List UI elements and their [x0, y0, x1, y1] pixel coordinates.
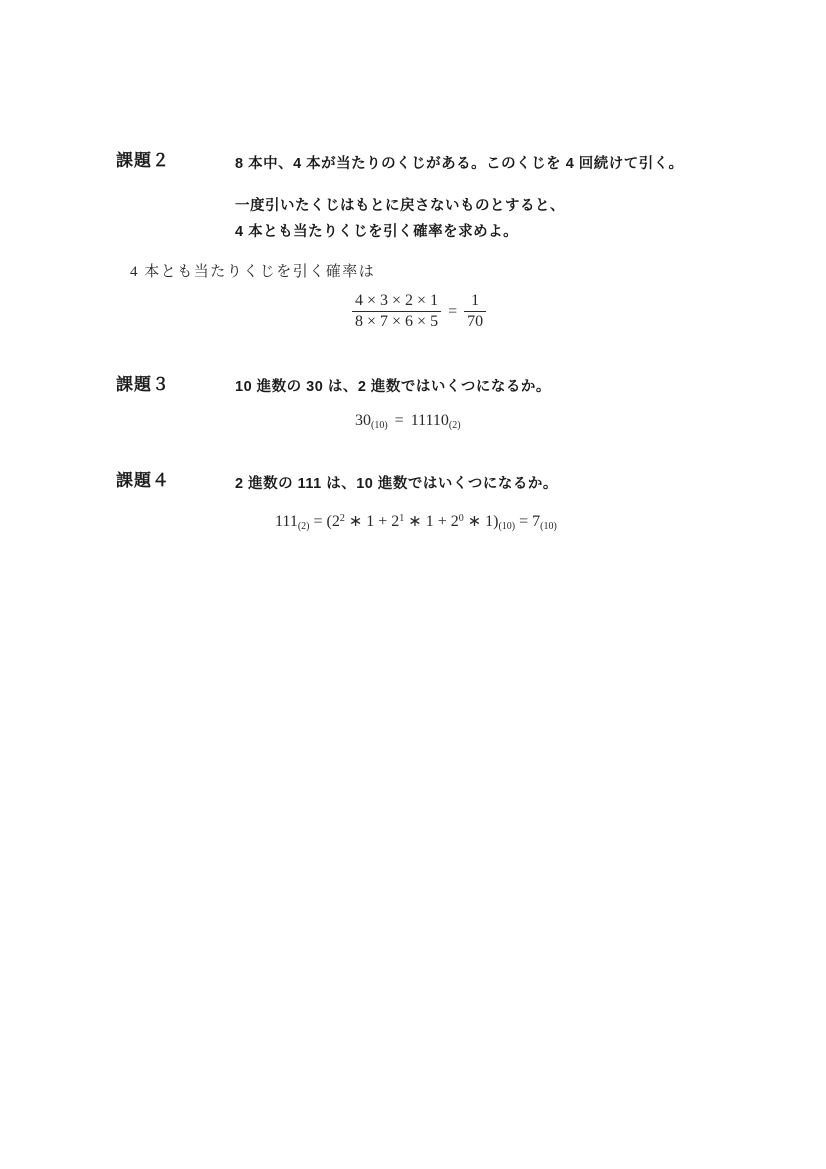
- fraction-2: 1 70: [464, 292, 486, 331]
- eq4-result: = 7: [515, 513, 540, 530]
- eq4-lhs-base-subscript: (2): [298, 521, 310, 532]
- task2-heading: 課題２: [116, 150, 170, 172]
- task3-heading: 課題３: [116, 374, 170, 396]
- eq3-lhs-base-subscript: (10): [371, 420, 388, 431]
- task2-statement-line3: 4 本とも当たりくじを引く確率を求めよ。: [235, 222, 518, 243]
- equals-sign: =: [448, 303, 457, 321]
- fraction-1: 4 × 3 × 2 × 1 8 × 7 × 6 × 5: [352, 292, 441, 331]
- eq4-open-term: = (2: [309, 513, 339, 530]
- fraction-2-numerator: 1: [464, 292, 486, 311]
- task2-statement-line1: 8 本中、4 本が当たりのくじがある。このくじを 4 回続けて引く。: [235, 154, 684, 175]
- eq4-close-base-subscript: (10): [498, 521, 515, 532]
- fraction-1-denominator: 8 × 7 × 6 × 5: [352, 311, 441, 331]
- task4-statement-line1: 2 進数の 111 は、10 進数ではいくつになるか。: [235, 474, 558, 495]
- eq3-equals-sign: =: [395, 412, 404, 429]
- eq4-close-term: ∗ 1): [464, 513, 499, 530]
- eq3-rhs-base-subscript: (2): [449, 420, 461, 431]
- eq4-mid-term-2: ∗ 1 + 2: [404, 513, 458, 530]
- task2-solution-intro: 4 本とも当たりくじを引く確率は: [130, 262, 375, 282]
- eq3-rhs: 11110: [411, 412, 449, 429]
- eq3-lhs: 30: [355, 412, 371, 429]
- fraction-2-denominator: 70: [464, 311, 486, 331]
- eq4-result-base-subscript: (10): [540, 521, 557, 532]
- task2-statement-line2: 一度引いたくじはもとに戻さないものとすると、: [235, 196, 565, 217]
- task2-solution-equation: 4 × 3 × 2 × 1 8 × 7 × 6 × 5 = 1 70: [352, 292, 486, 331]
- task4-solution-equation: 111(2) = (22 ∗ 1 + 21 ∗ 1 + 20 ∗ 1)(10) …: [275, 511, 557, 532]
- task4-heading: 課題４: [116, 470, 170, 492]
- fraction-1-numerator: 4 × 3 × 2 × 1: [352, 292, 441, 311]
- task3-solution-equation: 30(10)=11110(2): [355, 412, 461, 431]
- worksheet-page: 課題２ 8 本中、4 本が当たりのくじがある。このくじを 4 回続けて引く。 一…: [0, 0, 826, 1169]
- eq4-lhs: 111: [275, 513, 298, 530]
- task3-statement-line1: 10 進数の 30 は、2 進数ではいくつになるか。: [235, 377, 551, 398]
- eq4-mid-term-1: ∗ 1 + 2: [345, 513, 399, 530]
